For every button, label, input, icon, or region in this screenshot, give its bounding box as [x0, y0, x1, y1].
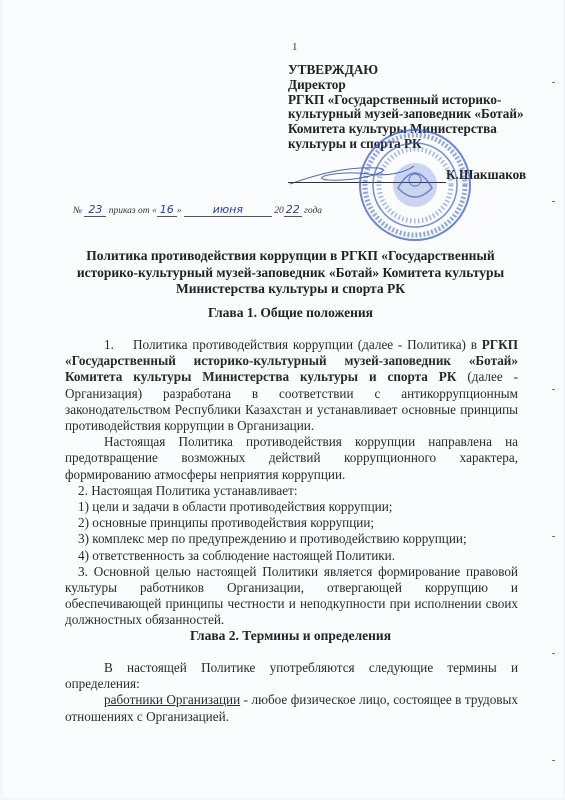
term-definition: работники Организации - любое физическое… [65, 692, 518, 724]
title-line: Министерства культуры и спорта РК [63, 281, 518, 298]
list-item: 2) основные принципы противодействия кор… [65, 515, 518, 531]
scan-mark [552, 760, 555, 761]
approval-org-line: культурный музей-заповедник «Ботай» [288, 107, 565, 122]
scan-mark [552, 201, 555, 202]
order-year-word: года [304, 206, 322, 216]
order-number: 23 [84, 203, 106, 217]
chapter-1-heading: Глава 1. Общие положения [63, 305, 518, 321]
approval-org-line: РГКП «Государственный историко- [288, 93, 565, 108]
title-line: Политика противодействия коррупции в РГК… [63, 248, 518, 265]
scan-mark [552, 653, 555, 654]
approval-position: Директор [288, 78, 565, 93]
scan-mark [552, 536, 555, 537]
paragraph-1: 1. Политика противодействия коррупции (д… [65, 337, 518, 434]
list-item: 1) цели и задачи в области противодейств… [65, 499, 518, 515]
order-year: 22 [284, 203, 302, 217]
quote-close: » [177, 206, 182, 216]
paragraph-4: 3. Основной целью настоящей Политики явл… [65, 564, 518, 629]
title-line: историко-культурный музей-заповедник «Бо… [63, 265, 518, 282]
paragraph-1-start: 1. Политика противодействия коррупции (д… [104, 337, 482, 352]
list-item: 3) комплекс мер по предупреждению и прот… [65, 531, 518, 547]
chapter-2-heading: Глава 2. Термины и определения [63, 628, 518, 644]
order-reference: № 23 приказ от «16» июня 2022 года [73, 203, 322, 217]
document-page: 1 УТВЕРЖДАЮ Директор РГКП «Государственн… [3, 0, 563, 798]
list-item: 4) ответственность за соблюдение настоящ… [65, 548, 518, 564]
paragraph-2: Настоящая Политика противодействия корру… [65, 434, 518, 483]
official-seal-icon [358, 128, 472, 242]
order-year-prefix: 20 [274, 206, 284, 216]
order-number-sign: № [73, 206, 82, 216]
chapter-2-body: В настоящей Политике употребляются следу… [65, 660, 518, 725]
document-title: Политика противодействия коррупции в РГК… [63, 248, 518, 298]
order-day: 16 [157, 203, 177, 217]
scan-mark [552, 389, 555, 390]
page-number: 1 [292, 41, 298, 53]
term: работники Организации [104, 692, 240, 707]
order-month: июня [184, 203, 272, 217]
order-label: приказ от « [109, 206, 157, 216]
scan-mark [552, 82, 555, 83]
paragraph-terms-intro: В настоящей Политике употребляются следу… [65, 660, 518, 692]
approval-heading: УТВЕРЖДАЮ [288, 63, 565, 78]
paragraph-3: 2. Настоящая Политика устанавливает: [65, 483, 518, 499]
chapter-1-body: 1. Политика противодействия коррупции (д… [65, 337, 518, 629]
